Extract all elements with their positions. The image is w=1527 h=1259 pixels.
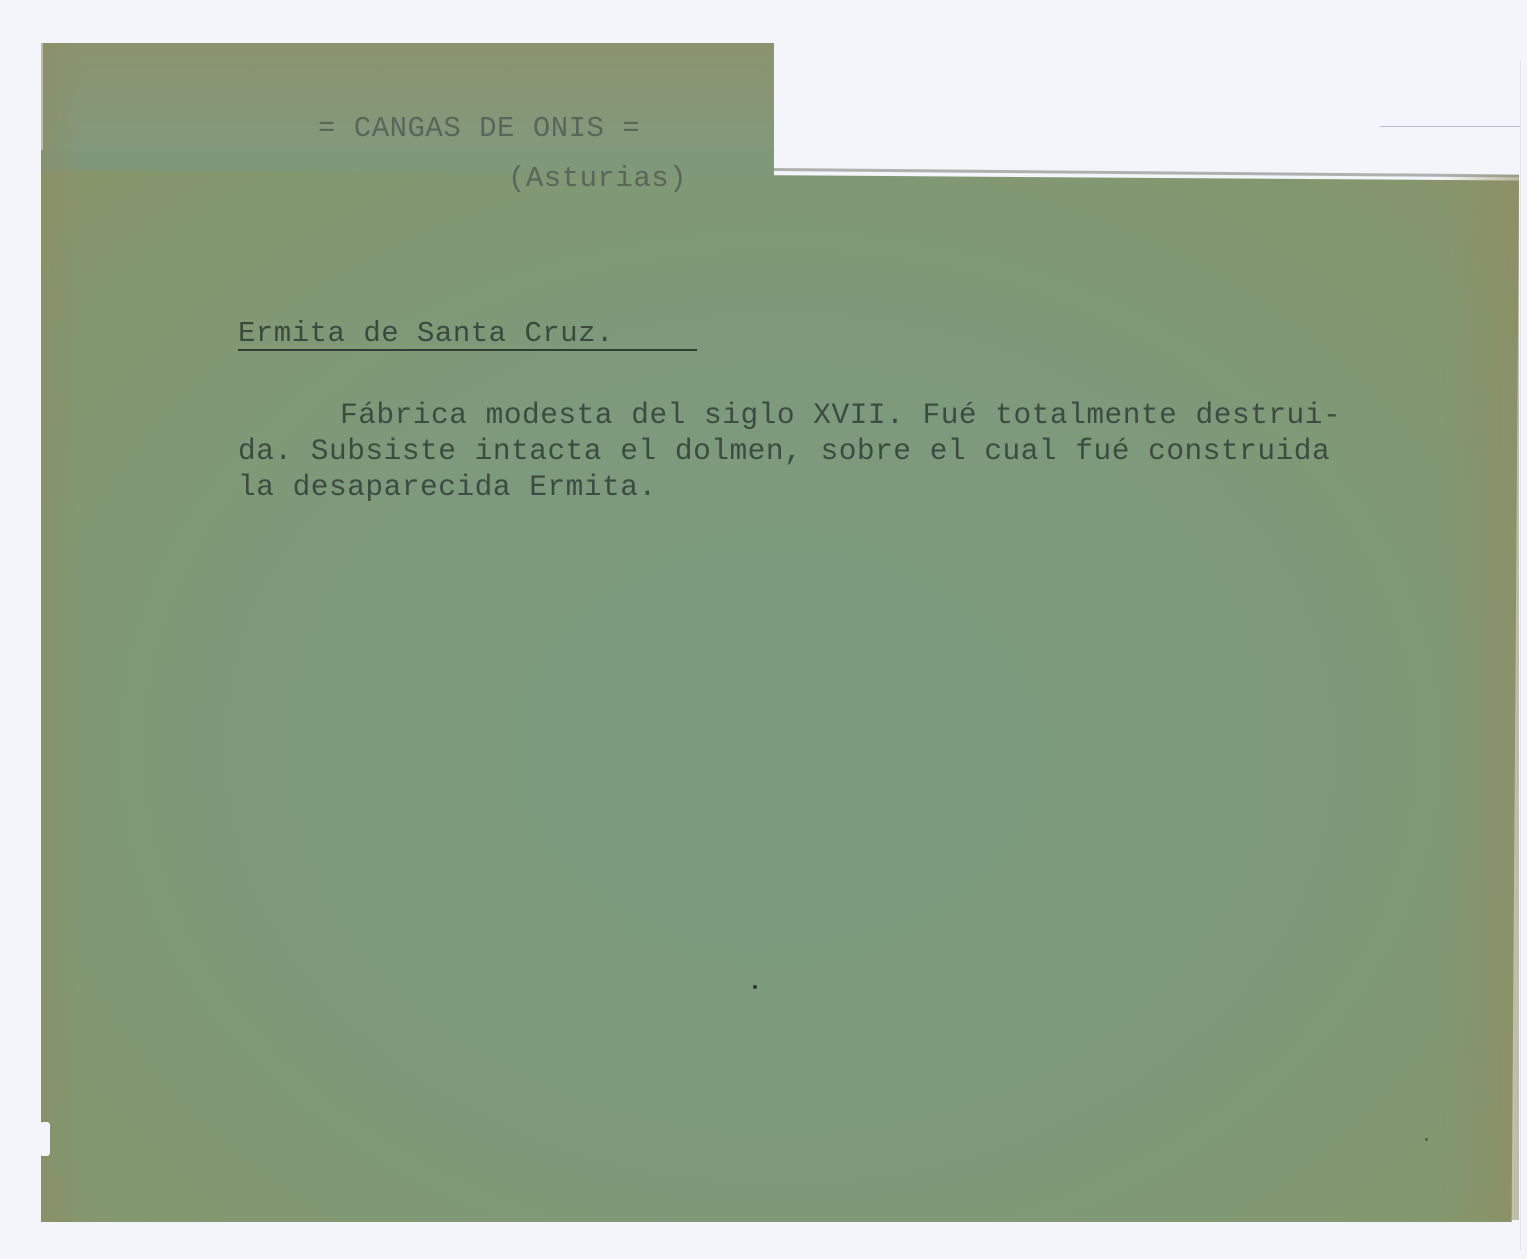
scan-registration-mark xyxy=(1380,126,1520,127)
entry-title: Ermita de Santa Cruz. xyxy=(238,317,614,350)
paper-speck xyxy=(753,985,757,989)
index-card xyxy=(0,0,1527,1259)
card-edge-notch xyxy=(40,1122,50,1156)
scan-border-line xyxy=(1520,60,1521,1250)
heading-town: = CANGAS DE ONIS = xyxy=(318,112,640,145)
heading-province: (Asturias) xyxy=(508,162,687,195)
paper-speck xyxy=(1425,1138,1428,1141)
body-line: Fábrica modesta del siglo XVII. Fué tota… xyxy=(340,398,1341,432)
title-underline xyxy=(238,349,697,351)
body-line: la desaparecida Ermita. xyxy=(238,470,657,504)
body-line: da. Subsiste intacta el dolmen, sobre el… xyxy=(238,434,1330,468)
